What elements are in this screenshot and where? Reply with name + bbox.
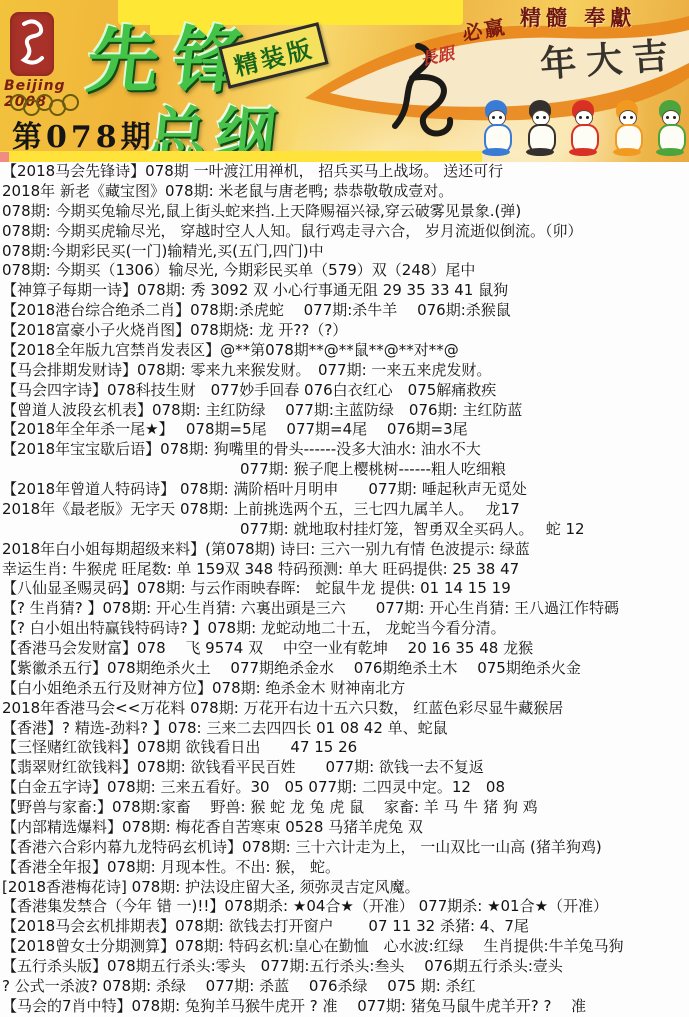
tip-line: 【曾道人波段玄机表】078期: 主红防绿 077期:主蓝防绿 076期: 主红防… [2,401,689,421]
tip-line: 078期: 今期买兔输尽光,鼠上街头蛇来挡.上天降赐福兴禄,穿云破雾见景象.(弹… [2,202,689,222]
pink-corner-chip [0,152,9,162]
beijing-2008-emblem [10,12,54,76]
fuwa-mascots-image [478,100,688,160]
tip-line: [2018香港梅花诗] 078期: 护法设庄留大圣, 须弥灵吉定风魔。 [2,878,689,898]
tip-line: 【香港六合彩内幕九龙特码玄机诗】078期: 三十六计走为上， 一山双比一山高 (… [2,838,689,858]
tip-line: 【香港马会发财富】078 飞 9574 双 中空一业有乾坤 20 16 35 4… [2,639,689,659]
tip-line: 幸运生肖: 牛猴虎 旺尾数: 单 159双 348 特码预测: 单大 旺码提供:… [2,560,689,580]
fuwa-mascot-icon [478,100,514,158]
tip-line: 【? 生肖猜? 】078期: 开心生肖猜: 六裏出頭是三六 077期: 开心生肖… [2,599,689,619]
tip-line: 【2018曾女士分期测算】078期: 特码玄机:皇心在勤恤 心水波:红绿 生肖提… [2,937,689,957]
tip-line: 【马会排期发财诗】078期: 零来九来猴发财。 077期: 一来五来虎发财。 [2,361,689,381]
tip-line: 【白金五字诗】078期: 三来五看好。30 05 077期: 二四灵中定。12 … [2,778,689,798]
tip-line: 【香港集发禁合（今年 错 一)!!】078期杀: ★04合★（开准） 077期杀… [2,897,689,917]
fuwa-mascot-icon [565,100,601,158]
tip-line: 【2018马会先锋诗】078期 一叶渡江用禅机， 招兵买马上战场。 送还可行 [2,162,689,182]
tip-line: 2018年香港马会<<万花料 078期: 万花开右边十五六只数， 红蓝色彩尽显牛… [2,699,689,719]
tip-line: 【内部精选爆料】078期: 梅花香自苦寒束 0528 马猪羊虎兔 双 [2,818,689,838]
tip-line: 【翡翠财红欲钱料】078期: 欲钱看平民百姓 077期: 欲钱一去不复返 [2,758,689,778]
tip-line: 【野兽与家畜:】078期:家畜 野兽: 猴 蛇 龙 兔 虎 鼠 家畜: 羊 马 … [2,798,689,818]
fuwa-mascot-icon [522,100,558,158]
tip-sheet-page: 年大吉 長跟 必赢 精髓 奉獻 Beijing 2008 先锋 总纲 第078期… [0,0,689,1017]
tip-line: 【? 白小姐出特赢钱特码诗? 】078期: 龙蛇动地二十五， 龙蛇当今看分清。 [2,619,689,639]
tip-line: 078期: 今期买虎输尽光， 穿越时空人人知。鼠行鸡走寻六合， 岁月流逝似倒流。… [2,222,689,242]
tip-line: 2018年 新老《藏宝图》078期: 米老鼠与唐老鸭; 恭恭敬敬成壹对。 [2,182,689,202]
ribbon-greeting-text: 年大吉 [538,27,679,88]
tip-line: 077期: 就地取村挂灯笼，智勇双全买码人。 蛇 12 [2,520,689,540]
tip-line: 【马会四字诗】078科技生财 077妙手回春 076白衣红心 075解痛救疾 [2,381,689,401]
issue-number-label: 第078期 [12,112,155,156]
tip-line: 【2018年全年杀一尾★】 078期=5尾 077期=4尾 076期=3尾 [2,420,689,440]
tip-line: 2018年《最老版》无字天 078期: 上前挑选两个五，三七四九属羊人。 龙17 [2,500,689,520]
tip-line: 【2018全年版九宫禁肖发表区】@**第078期**@**鼠**@**对**@ [2,341,689,361]
tip-line: 【三怪赌红欲钱料】078期 欲钱看日出 47 15 26 [2,738,689,758]
tip-line: 【八仙显圣赐灵码】078期: 与云作雨映春晖: 蛇鼠牛龙 提供: 01 14 1… [2,579,689,599]
dancing-figure-icon [14,16,50,72]
tip-lines-container: 【2018马会先锋诗】078期 一叶渡江用禅机， 招兵买马上战场。 送还可行20… [2,162,689,1017]
tip-line: 077期: 猴子爬上樱桃树------粗人吃细粮 [2,460,689,480]
masthead: 年大吉 長跟 必赢 精髓 奉獻 Beijing 2008 先锋 总纲 第078期… [0,0,689,162]
tip-line: 【神算子每期一诗】078期: 秀 3092 双 小心行事通无阻 29 35 33… [2,281,689,301]
slogan-right-text: 精髓 奉獻 [520,2,636,32]
tip-line: 【马会的7肖中特】078期: 兔狗羊马猴牛虎开 ? 准 077期: 猪兔马鼠牛虎… [2,997,689,1017]
tip-line: 【白小姐绝杀五行及财神方位】078期: 绝杀金木 财神南北方 [2,679,689,699]
tip-line: 078期: 今期买（1306）输尽光, 今期彩民买单（579）双（248）尾中 [2,261,689,281]
tip-line: 【香港】? 精选-劲料? 】078: 三来二去四四长 01 08 42 单、蛇鼠 [2,719,689,739]
tip-line: 078期:今期彩民买(一门)输精光,买(五门,四门)中 [2,242,689,262]
tip-line: ? 公式一杀波? 078期: 杀绿 077期: 杀蓝 076杀绿 075 期: … [2,977,689,997]
tip-line: 【五行杀头版】078期五行杀头:零头 077期:五行杀头:叁头 076期五行杀头… [2,957,689,977]
tip-line: 【香港全年报】078期: 月现本性。不出: 猴， 蛇。 [2,858,689,878]
tip-line: 2018年白小姐每期超级来料】(第078期) 诗曰: 三六一别九有情 色波提示:… [2,540,689,560]
tip-line: 【2018马会玄机排期表】078期: 欲钱去打开窗户 07 11 32 杀猪: … [2,917,689,937]
tip-line: 【紫徽杀五行】078期绝杀火土 077期绝杀金水 076期绝杀土木 075期绝杀… [2,659,689,679]
fuwa-mascot-icon [652,100,688,158]
tip-line: 【2018年宝宝歇后语】078期: 狗嘴里的骨头------没多大油水: 油水不… [2,440,689,460]
tip-line: 【2018港台综合绝杀二肖】078期:杀虎蛇 077期:杀牛羊 076期:杀猴鼠 [2,301,689,321]
tip-line: 【2018年曾道人特码诗】 078期: 满阶梧叶月明申 077期: 唾起秋声无觅… [2,480,689,500]
yellow-bar-bottom [0,151,482,162]
fuwa-mascot-icon [609,100,645,158]
tip-line: 【2018富豪小子火烧肖图】078期烧: 龙 开??（?） [2,321,689,341]
